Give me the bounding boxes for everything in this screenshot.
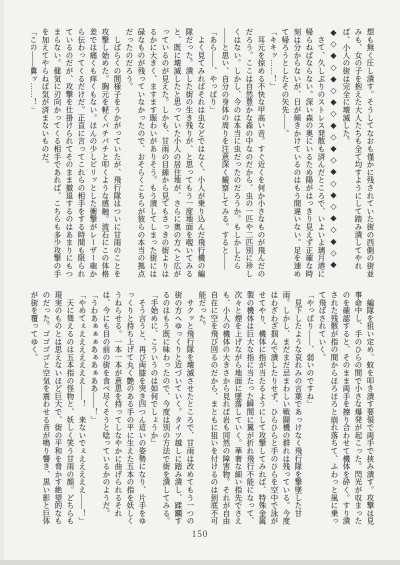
paragraph: サクッと飛行隊を壊滅させたところで、甘雨は改めてもう一つの街の方へゆっくりと近づ… — [160, 291, 196, 528]
book-page: 想も無く圧し潰す。そうしてなおも僅かに残されていた街の西側の街並みも、女の子を抱… — [0, 0, 400, 565]
paragraph: 見下したような哀れみの言葉であっけなく飛行隊を撃墜した甘雨。しかし、まだまだ忌ま… — [196, 291, 304, 528]
paragraph: 編隊を狙い定め、蚊を叩き潰す要領で両手で挟み潰す。攻撃は見事命中し、手のひらの間… — [316, 291, 376, 528]
dialogue-line: 「やっぱり——、弱いのですね」 — [304, 291, 316, 528]
paragraph: 耳元を掠める不快な甲高い音。すぐ近くを何か小さなものが飛んだのだろう。ここは自然… — [219, 28, 267, 278]
dialogue-line: 「手始めに、こういうのは如何でしょうか」 — [148, 291, 160, 528]
paragraph: しばらくの間様子をうかがっていたが、飛行隊はついに甘雨のことを攻撃し始めた。胸元… — [39, 28, 123, 278]
text-block-top: 想も無く圧し潰す。そうしてなおも僅かに残されていた街の西側の街並みも、女の子を抱… — [31, 28, 376, 278]
paragraph: 天に聳えるのは五本指の怪物と、妖しく笑う甘雨の顔。どちらも現実のものとは思えない… — [31, 291, 76, 528]
paragraph: 想も無く圧し潰す。そうしてなおも僅かに残されていた街の西側の街並みも、女の子を抱… — [340, 28, 376, 278]
text-block-bottom: 編隊を狙い定め、蚊を叩き潰す要領で両手で挟み潰す。攻撃は見事命中し、手のひらの間… — [31, 291, 376, 528]
dialogue-line: 「キキッ……！」 — [267, 28, 279, 278]
scene-separator: ◆◇◆◇◆◇◆◇◆◇◆◇◆◇◆◇◆◇◆◇◆ — [327, 28, 340, 278]
scan-edge-left — [0, 0, 4, 565]
scan-edge-bottom — [0, 560, 400, 565]
dialogue-line: 「うわあぁぁぁあぁあぁああ——！」 — [88, 291, 100, 528]
dialogue-line: 「あら——、やっぱり」 — [207, 28, 219, 278]
page-number: 150 — [0, 529, 400, 539]
dialogue-line: 「やめてぇえええええええ——！ 来ないでぇえええええ——！」 — [76, 291, 88, 528]
paragraph: さて、久しぶりのストレス発散も済んだところで、いよいよ璃月港に帰らねばならない。… — [279, 28, 327, 278]
paragraph: そう言うと、再び両膝を突き四つん這いの姿勢になり、片手をゆっくりと持ち上げて丸く… — [100, 291, 148, 528]
paragraph: よく見てみればそれは虫などではなく、小人が乗り込んだ飛行機の編隊だった。潰した街… — [123, 28, 207, 278]
dialogue-line: 「この——糞ッ……！」 — [31, 28, 39, 278]
